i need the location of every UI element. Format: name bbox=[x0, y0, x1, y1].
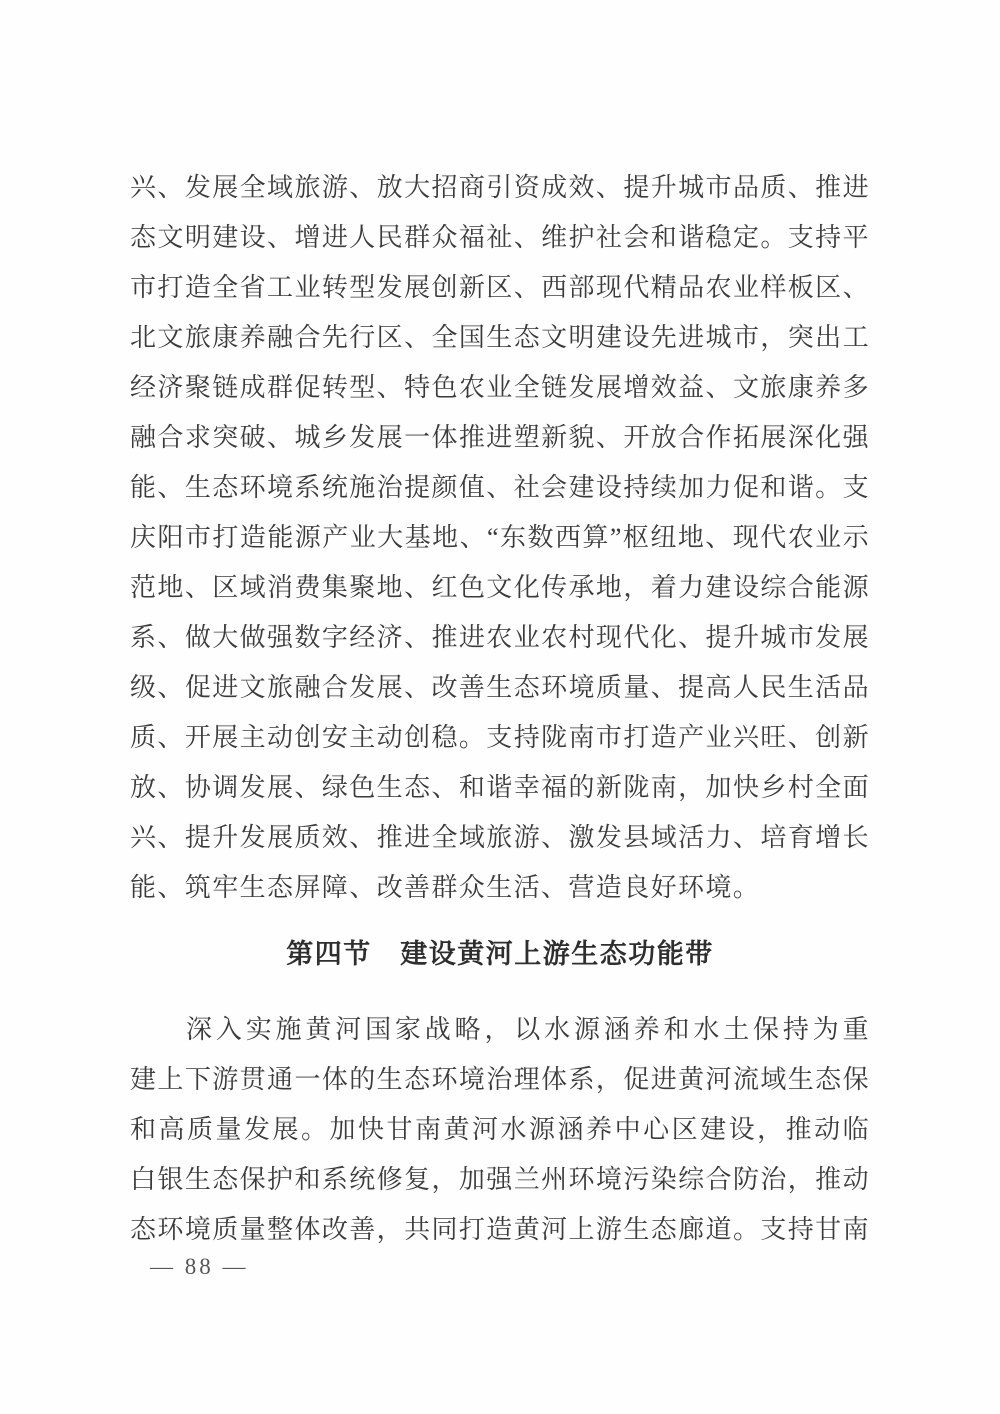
page-content: 兴、发展全域旅游、放大招商引资成效、提升城市品质、推进生 态文明建设、增进人民群… bbox=[130, 163, 870, 1255]
body-line: 北文旅康养融合先行区、全国生态文明建设先进城市，突出工业 bbox=[130, 313, 870, 363]
body-line: 市打造全省工业转型发展创新区、西部现代精品农业样板区、西 bbox=[130, 263, 870, 313]
body-line: 系、做大做强数字经济、推进农业农村现代化、提升城市发展能 bbox=[130, 613, 870, 663]
body-line: 范地、区域消费集聚地、红色文化传承地，着力建设综合能源体 bbox=[130, 563, 870, 613]
section-heading: 第四节 建设黄河上游生态功能带 bbox=[130, 929, 870, 979]
body-line: 经济聚链成群促转型、特色农业全链发展增效益、文旅康养多元 bbox=[130, 363, 870, 413]
body-line: 能、生态环境系统施治提颜值、社会建设持续加力促和谐。支持 bbox=[130, 463, 870, 513]
body-line: 和高质量发展。加快甘南黄河水源涵养中心区建设，推动临夏、 bbox=[130, 1105, 870, 1155]
body-line: 深入实施黄河国家战略，以水源涵养和水土保持为重点，构 bbox=[130, 1005, 870, 1055]
body-line: 能、筑牢生态屏障、改善群众生活、营造良好环境。 bbox=[130, 863, 870, 913]
body-line: 建上下游贯通一体的生态环境治理体系，促进黄河流域生态保护 bbox=[130, 1055, 870, 1105]
body-line: 庆阳市打造能源产业大基地、“东数西算”枢纽地、现代农业示 bbox=[130, 513, 870, 563]
body-line: 态文明建设、增进人民群众福祉、维护社会和谐稳定。支持平凉 bbox=[130, 213, 870, 263]
page-number: — 88 — bbox=[150, 1247, 249, 1287]
document-page: 兴、发展全域旅游、放大招商引资成效、提升城市品质、推进生 态文明建设、增进人民群… bbox=[0, 0, 1000, 1414]
body-line: 放、协调发展、绿色生态、和谐幸福的新陇南，加快乡村全面振 bbox=[130, 763, 870, 813]
paragraph-section4: 深入实施黄河国家战略，以水源涵养和水土保持为重点，构 建上下游贯通一体的生态环境… bbox=[130, 1005, 870, 1255]
body-line: 级、促进文旅融合发展、改善生态环境质量、提高人民生活品 bbox=[130, 663, 870, 713]
body-line: 质、开展主动创安主动创稳。支持陇南市打造产业兴旺、创新开 bbox=[130, 713, 870, 763]
body-line: 白银生态保护和系统修复，加强兰州环境污染综合防治，推动生 bbox=[130, 1155, 870, 1205]
body-line: 兴、发展全域旅游、放大招商引资成效、提升城市品质、推进生 bbox=[130, 163, 870, 213]
paragraph-continuation: 兴、发展全域旅游、放大招商引资成效、提升城市品质、推进生 态文明建设、增进人民群… bbox=[130, 163, 870, 913]
body-line: 融合求突破、城乡发展一体推进塑新貌、开放合作拓展深化强动 bbox=[130, 413, 870, 463]
body-line: 兴、提升发展质效、推进全域旅游、激发县域活力、培育增长动 bbox=[130, 813, 870, 863]
